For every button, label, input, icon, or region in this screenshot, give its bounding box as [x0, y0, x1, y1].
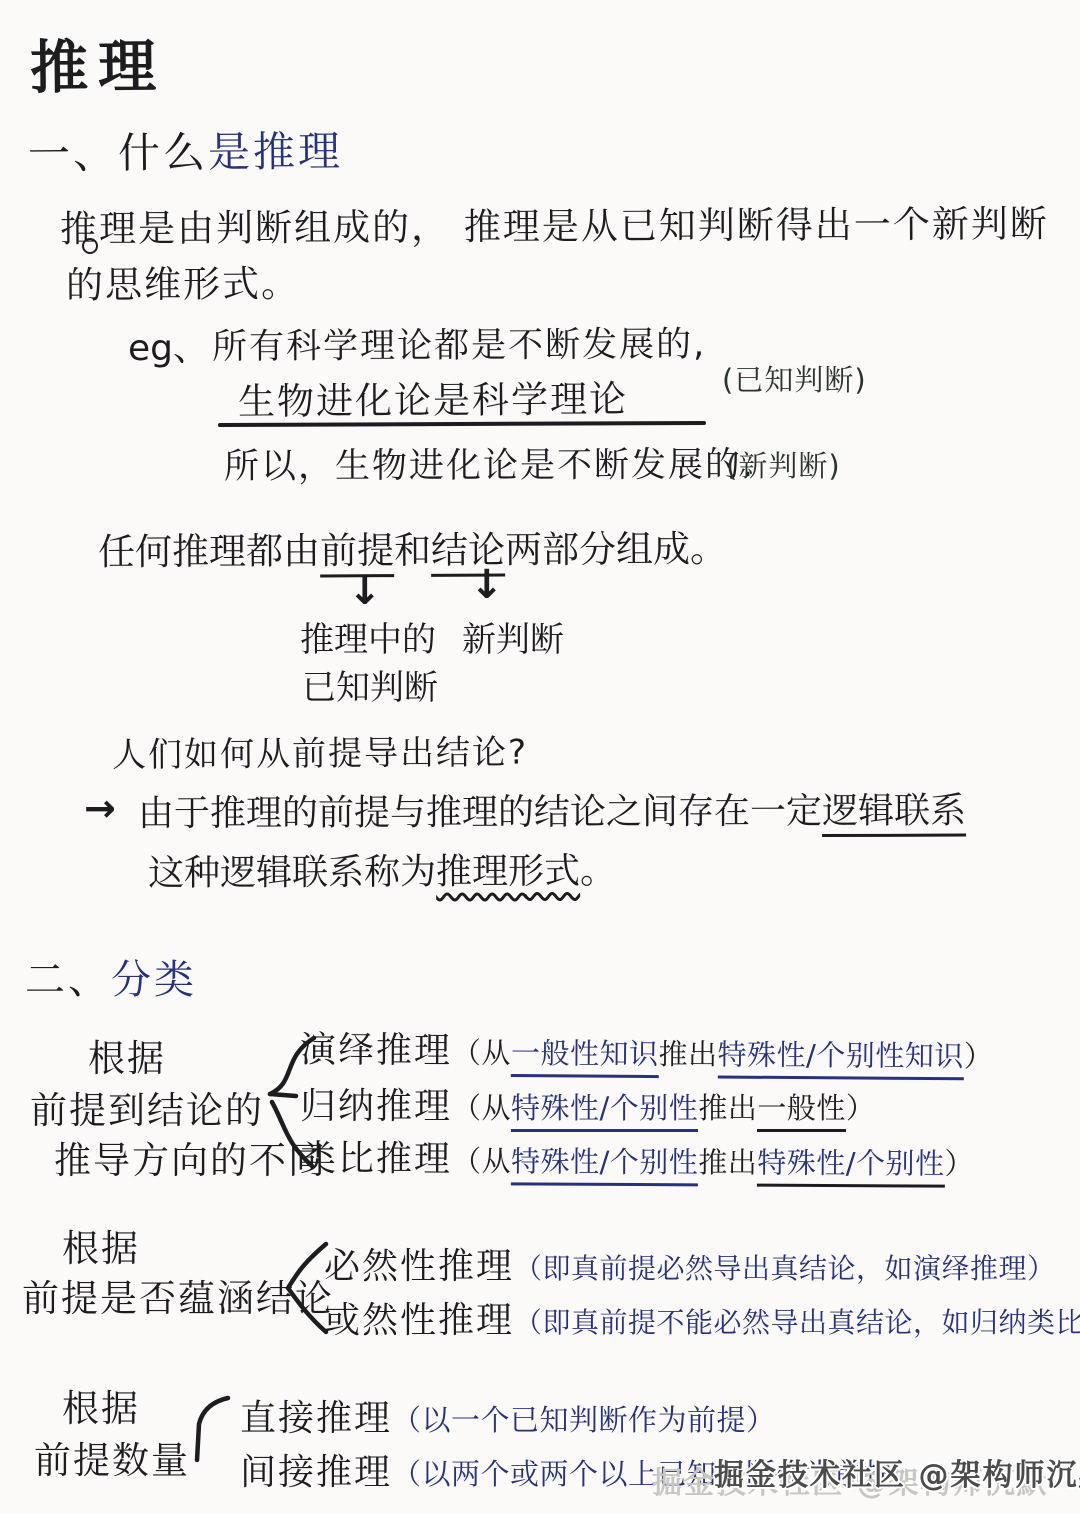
analogical-term2: 特殊性/个别性 — [757, 1141, 945, 1188]
necessary-detail: （即真前提必然导出真结论，如演绎推理） — [514, 1247, 1056, 1287]
inductive-paren-open: （从 — [452, 1086, 511, 1127]
down-arrow-icon: ↓ — [470, 562, 504, 608]
group1-label-line2: 前提到结论的 — [30, 1080, 264, 1134]
inductive-row: 归纳推理 （从 特殊性/个别性 推出 一般性 ） — [300, 1078, 875, 1132]
direct-row: 直接推理 （以一个已知判断作为前提） — [240, 1390, 776, 1441]
example-premise2: 生物进化论是科学理论 — [238, 369, 628, 426]
direct-name: 直接推理 — [240, 1390, 392, 1441]
inductive-term1: 特殊性/个别性 — [511, 1086, 698, 1132]
deductive-row: 演绎推理 （从 一般性知识 推出 特殊性/个别性知识 ） — [300, 1022, 994, 1081]
page-title: 推理 — [30, 19, 167, 104]
premise-annotation-line1: 推理中的 — [300, 612, 436, 661]
composition-sentence: 任何推理都由前提和结论两部分组成。 — [98, 518, 727, 575]
answer-line2-wavy: 推理形式 — [436, 851, 580, 893]
probable-row: 或然性推理 （即真前提不能必然导出真结论，如归纳类比推 — [324, 1292, 1080, 1343]
analogical-row: 类比推理 （从 特殊性/个别性 推出 特殊性/个别性 ） — [300, 1130, 974, 1188]
definition-line1: 推理是由判断组成的， 推理是从已知判断得出一个新判断 — [60, 193, 1049, 252]
handwritten-notes-page: 推理 一、什么是推理 推理是由判断组成的， 推理是从已知判断得出一个新判断 的思… — [0, 0, 1080, 1514]
inductive-mid: 推出 — [698, 1086, 757, 1127]
deductive-mid: 推出 — [658, 1032, 717, 1073]
section1-heading-blue: 是推理 — [208, 127, 343, 177]
analogical-mid: 推出 — [698, 1140, 757, 1181]
example-premise1: 所有科学理论都是不断发展的, — [212, 317, 706, 370]
inductive-term2: 一般性 — [757, 1086, 846, 1132]
section1-heading-black: 一、什么 — [28, 128, 208, 179]
inductive-paren-close: ） — [846, 1086, 876, 1127]
analogical-name: 类比推理 — [300, 1130, 452, 1182]
inference-line — [218, 421, 706, 427]
composition-mid: 和 — [394, 529, 431, 572]
example-premise-note: (已知判断) — [722, 358, 867, 399]
inductive-name: 归纳推理 — [300, 1078, 452, 1129]
group3-label-line1: 根据 — [62, 1378, 140, 1432]
answer-line2-post: 。 — [580, 851, 616, 892]
answer-line1-underlined: 逻辑联系 — [822, 791, 966, 838]
probable-detail: （即真前提不能必然导出真结论，如归纳类比推 — [514, 1301, 1080, 1341]
definition-line2: 的思维形式。 — [66, 253, 300, 309]
probable-name: 或然性推理 — [324, 1292, 514, 1343]
answer-line2-text: 这种逻辑联系称为 — [148, 852, 436, 895]
answer-line1-text: 由于推理的前提与推理的结论之间存在一定 — [138, 791, 822, 834]
group3-label-line2: 前提数量 — [34, 1430, 190, 1484]
deductive-term1: 一般性知识 — [511, 1031, 659, 1078]
composition-pre: 任何推理都由 — [98, 529, 320, 573]
analogical-term1: 特殊性/个别性 — [511, 1139, 699, 1186]
example-label: eg、 — [128, 320, 209, 371]
watermark: 掘金技术社区 @架构师沉默 — [714, 1450, 1080, 1494]
direct-detail: （以一个已知判断作为前提） — [392, 1398, 776, 1439]
example-conclusion-note: (新判断) — [726, 444, 841, 485]
group2-label-line1: 根据 — [62, 1218, 140, 1272]
premise-annotation-line2: 已知判断 — [302, 660, 438, 709]
deductive-paren-close: ） — [964, 1034, 994, 1075]
deductive-term2: 特殊性/个别性知识 — [717, 1032, 964, 1080]
section2-heading-black: 二、 — [25, 957, 111, 1003]
section2-heading: 二、分类 — [25, 948, 197, 1005]
section1-heading: 一、什么是推理 — [28, 119, 344, 182]
composition-post: 两部分组成。 — [505, 527, 727, 571]
example-conclusion: 所以，生物进化论是不断发展的. — [224, 437, 755, 489]
necessary-name: 必然性推理 — [324, 1238, 514, 1289]
indirect-name: 间接推理 — [240, 1444, 392, 1495]
conclusion-annotation: 新判断 — [462, 612, 564, 661]
question-line: 人们如何从前提导出结论? — [112, 725, 528, 777]
analogical-paren-close: ） — [944, 1142, 974, 1183]
brace-icon — [190, 1392, 232, 1466]
brace-icon — [282, 1240, 330, 1336]
answer-line2: 这种逻辑联系称为推理形式。 — [148, 843, 616, 896]
insertion-mark-circle — [82, 238, 98, 254]
deductive-paren-open: （从 — [452, 1031, 511, 1072]
down-arrow-icon: ↓ — [348, 568, 382, 614]
section2-heading-blue: 分类 — [111, 957, 197, 1003]
necessary-row: 必然性推理 （即真前提必然导出真结论，如演绎推理） — [324, 1238, 1056, 1289]
group1-label-line1: 根据 — [88, 1028, 166, 1082]
answer-line1: 由于推理的前提与推理的结论之间存在一定逻辑联系 — [138, 783, 966, 837]
deductive-name: 演绎推理 — [300, 1022, 452, 1074]
right-arrow-icon: → — [84, 786, 116, 830]
analogical-paren-open: （从 — [452, 1139, 511, 1180]
